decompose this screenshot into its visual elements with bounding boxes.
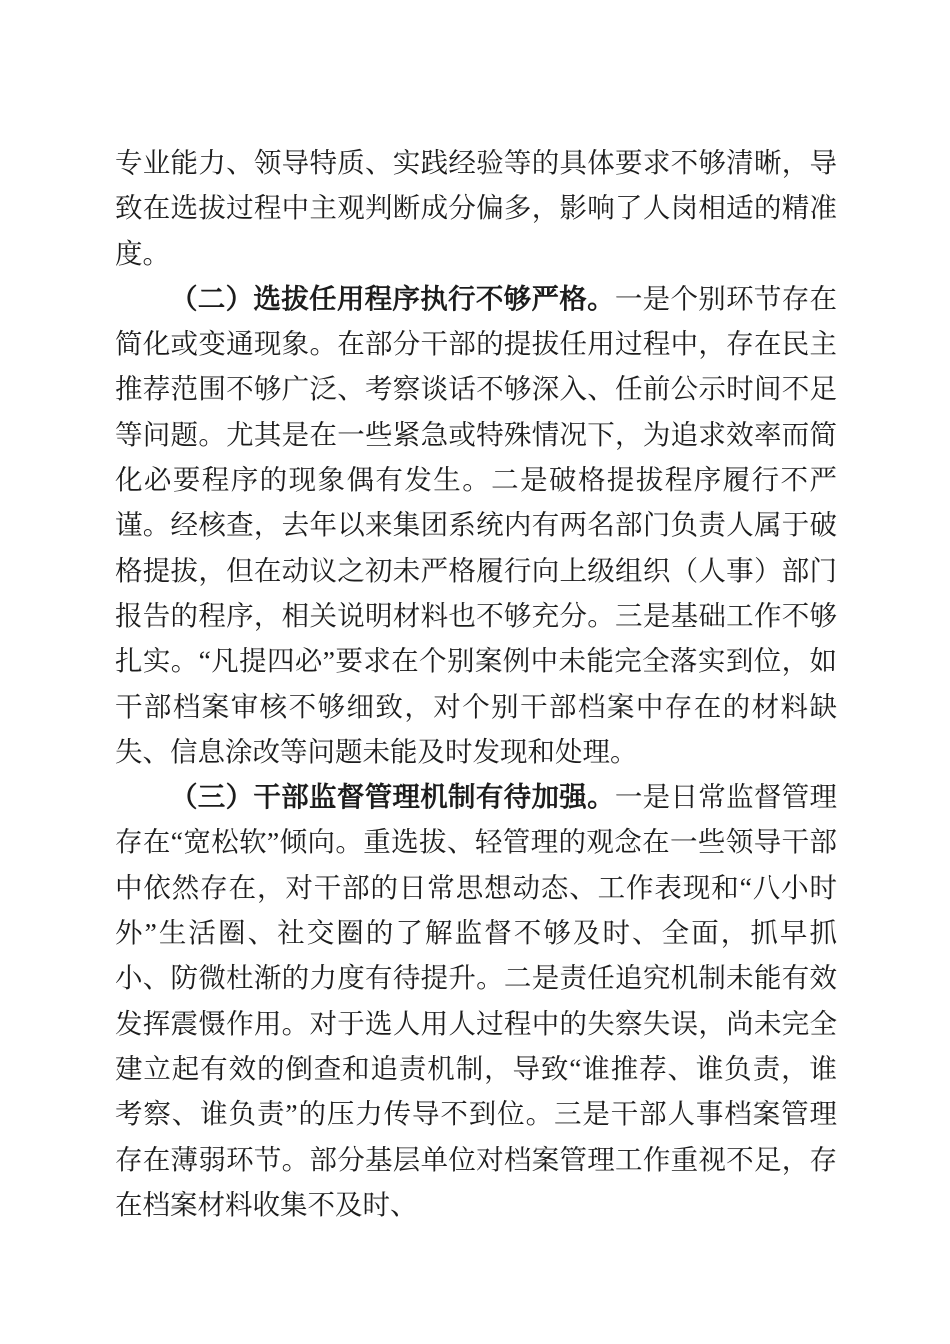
section-2-heading: （二）选拔任用程序执行不够严格。	[170, 283, 615, 314]
paragraph-section-3: （三）干部监督管理机制有待加强。一是日常监督管理存在“宽松软”倾向。重选拔、轻管…	[115, 774, 837, 1227]
section-3-heading: （三）干部监督管理机制有待加强。	[170, 781, 615, 812]
paragraph-text: 一是日常监督管理存在“宽松软”倾向。重选拔、轻管理的观念在一些领导干部中依然存在…	[115, 781, 837, 1220]
paragraph-text: 专业能力、领导特质、实践经验等的具体要求不够清晰，导致在选拔过程中主观判断成分偏…	[115, 147, 837, 269]
document-page: 专业能力、领导特质、实践经验等的具体要求不够清晰，导致在选拔过程中主观判断成分偏…	[0, 0, 950, 1344]
paragraph-continuation: 专业能力、领导特质、实践经验等的具体要求不够清晰，导致在选拔过程中主观判断成分偏…	[115, 140, 837, 276]
paragraph-text: 一是个别环节存在简化或变通现象。在部分干部的提拔任用过程中，存在民主推荐范围不够…	[115, 283, 837, 767]
paragraph-section-2: （二）选拔任用程序执行不够严格。一是个别环节存在简化或变通现象。在部分干部的提拔…	[115, 276, 837, 774]
document-body: 专业能力、领导特质、实践经验等的具体要求不够清晰，导致在选拔过程中主观判断成分偏…	[115, 140, 837, 1227]
